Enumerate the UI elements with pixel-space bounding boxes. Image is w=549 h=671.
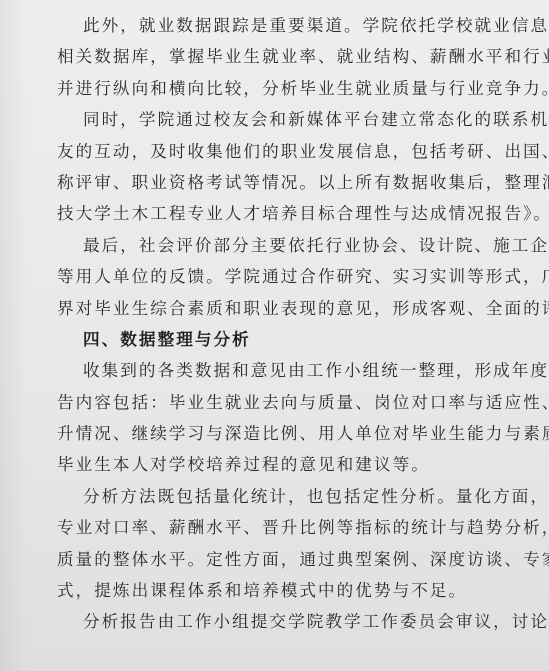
text-line: 专业对口率、薪酬水平、晋升比例等指标的统计与趋势分析，反映人才培养 xyxy=(57,512,509,543)
text-line: 式，提炼出课程体系和培养模式中的优势与不足。 xyxy=(57,575,509,606)
text-line: 相关数据库，掌握毕业生就业率、就业结构、薪酬水平和行业分布等数据， xyxy=(57,41,509,72)
text-line: 毕业生本人对学校培养过程的意见和建议等。 xyxy=(57,449,509,480)
text-line: 收集到的各类数据和意见由工作小组统一整理，形成年度分析报告。报 xyxy=(57,355,509,386)
text-line: 此外，就业数据跟踪是重要渠道。学院依托学校就业信息平台和教育部 xyxy=(57,10,509,41)
paragraph-analysis-methods: 分析方法既包括量化统计，也包括定性分析。量化方面，通过对就业率、 专业对口率、薪… xyxy=(57,481,509,607)
text-line: 称评审、职业资格考试等情况。以上所有数据收集后，整理汇总为《山东科 xyxy=(57,167,509,198)
text-line: 友的互动，及时收集他们的职业发展信息，包括考研、出国、继续深造、职 xyxy=(57,136,509,167)
section-heading: 四、数据整理与分析 xyxy=(57,324,509,355)
text-line: 质量的整体水平。定性方面，通过典型案例、深度访谈、专家意见总结等方 xyxy=(57,544,509,575)
text-line: 界对毕业生综合素质和职业表现的意见，形成客观、全面的评价。 xyxy=(57,293,509,324)
text-line: 等用人单位的反馈。学院通过合作研究、实习实训等形式，广泛听取社会各 xyxy=(57,261,509,292)
text-line: 分析方法既包括量化统计，也包括定性分析。量化方面，通过对就业率、 xyxy=(57,481,509,512)
text-line: 技大学土木工程专业人才培养目标合理性与达成情况报告》。 xyxy=(57,198,509,229)
text-line: 升情况、继续学习与深造比例、用人单位对毕业生能力与素质的综合评价、 xyxy=(57,418,509,449)
paragraph-review-submission: 分析报告由工作小组提交学院教学工作委员会审议，讨论改进措施，并 xyxy=(57,606,509,637)
text-line: 同时，学院通过校友会和新媒体平台建立常态化的联系机制，保持与校 xyxy=(57,104,509,135)
paragraph-employment-tracking: 此外，就业数据跟踪是重要渠道。学院依托学校就业信息平台和教育部 相关数据库，掌握… xyxy=(57,10,509,104)
text-line: 并进行纵向和横向比较，分析毕业生就业质量与行业竞争力。 xyxy=(57,73,509,104)
text-line: 最后，社会评价部分主要依托行业协会、设计院、施工企业和监理公司 xyxy=(57,230,509,261)
text-line: 告内容包括：毕业生就业去向与质量、岗位对口率与适应性、职业发展与晋 xyxy=(57,387,509,418)
paragraph-social-evaluation: 最后，社会评价部分主要依托行业协会、设计院、施工企业和监理公司 等用人单位的反馈… xyxy=(57,230,509,324)
paragraph-annual-report: 收集到的各类数据和意见由工作小组统一整理，形成年度分析报告。报 告内容包括：毕业… xyxy=(57,355,509,481)
document-page: 此外，就业数据跟踪是重要渠道。学院依托学校就业信息平台和教育部 相关数据库，掌握… xyxy=(0,0,549,671)
paragraph-alumni-contact: 同时，学院通过校友会和新媒体平台建立常态化的联系机制，保持与校 友的互动，及时收… xyxy=(57,104,509,230)
document-body: 此外，就业数据跟踪是重要渠道。学院依托学校就业信息平台和教育部 相关数据库，掌握… xyxy=(57,10,509,638)
text-line: 分析报告由工作小组提交学院教学工作委员会审议，讨论改进措施，并 xyxy=(57,606,509,637)
